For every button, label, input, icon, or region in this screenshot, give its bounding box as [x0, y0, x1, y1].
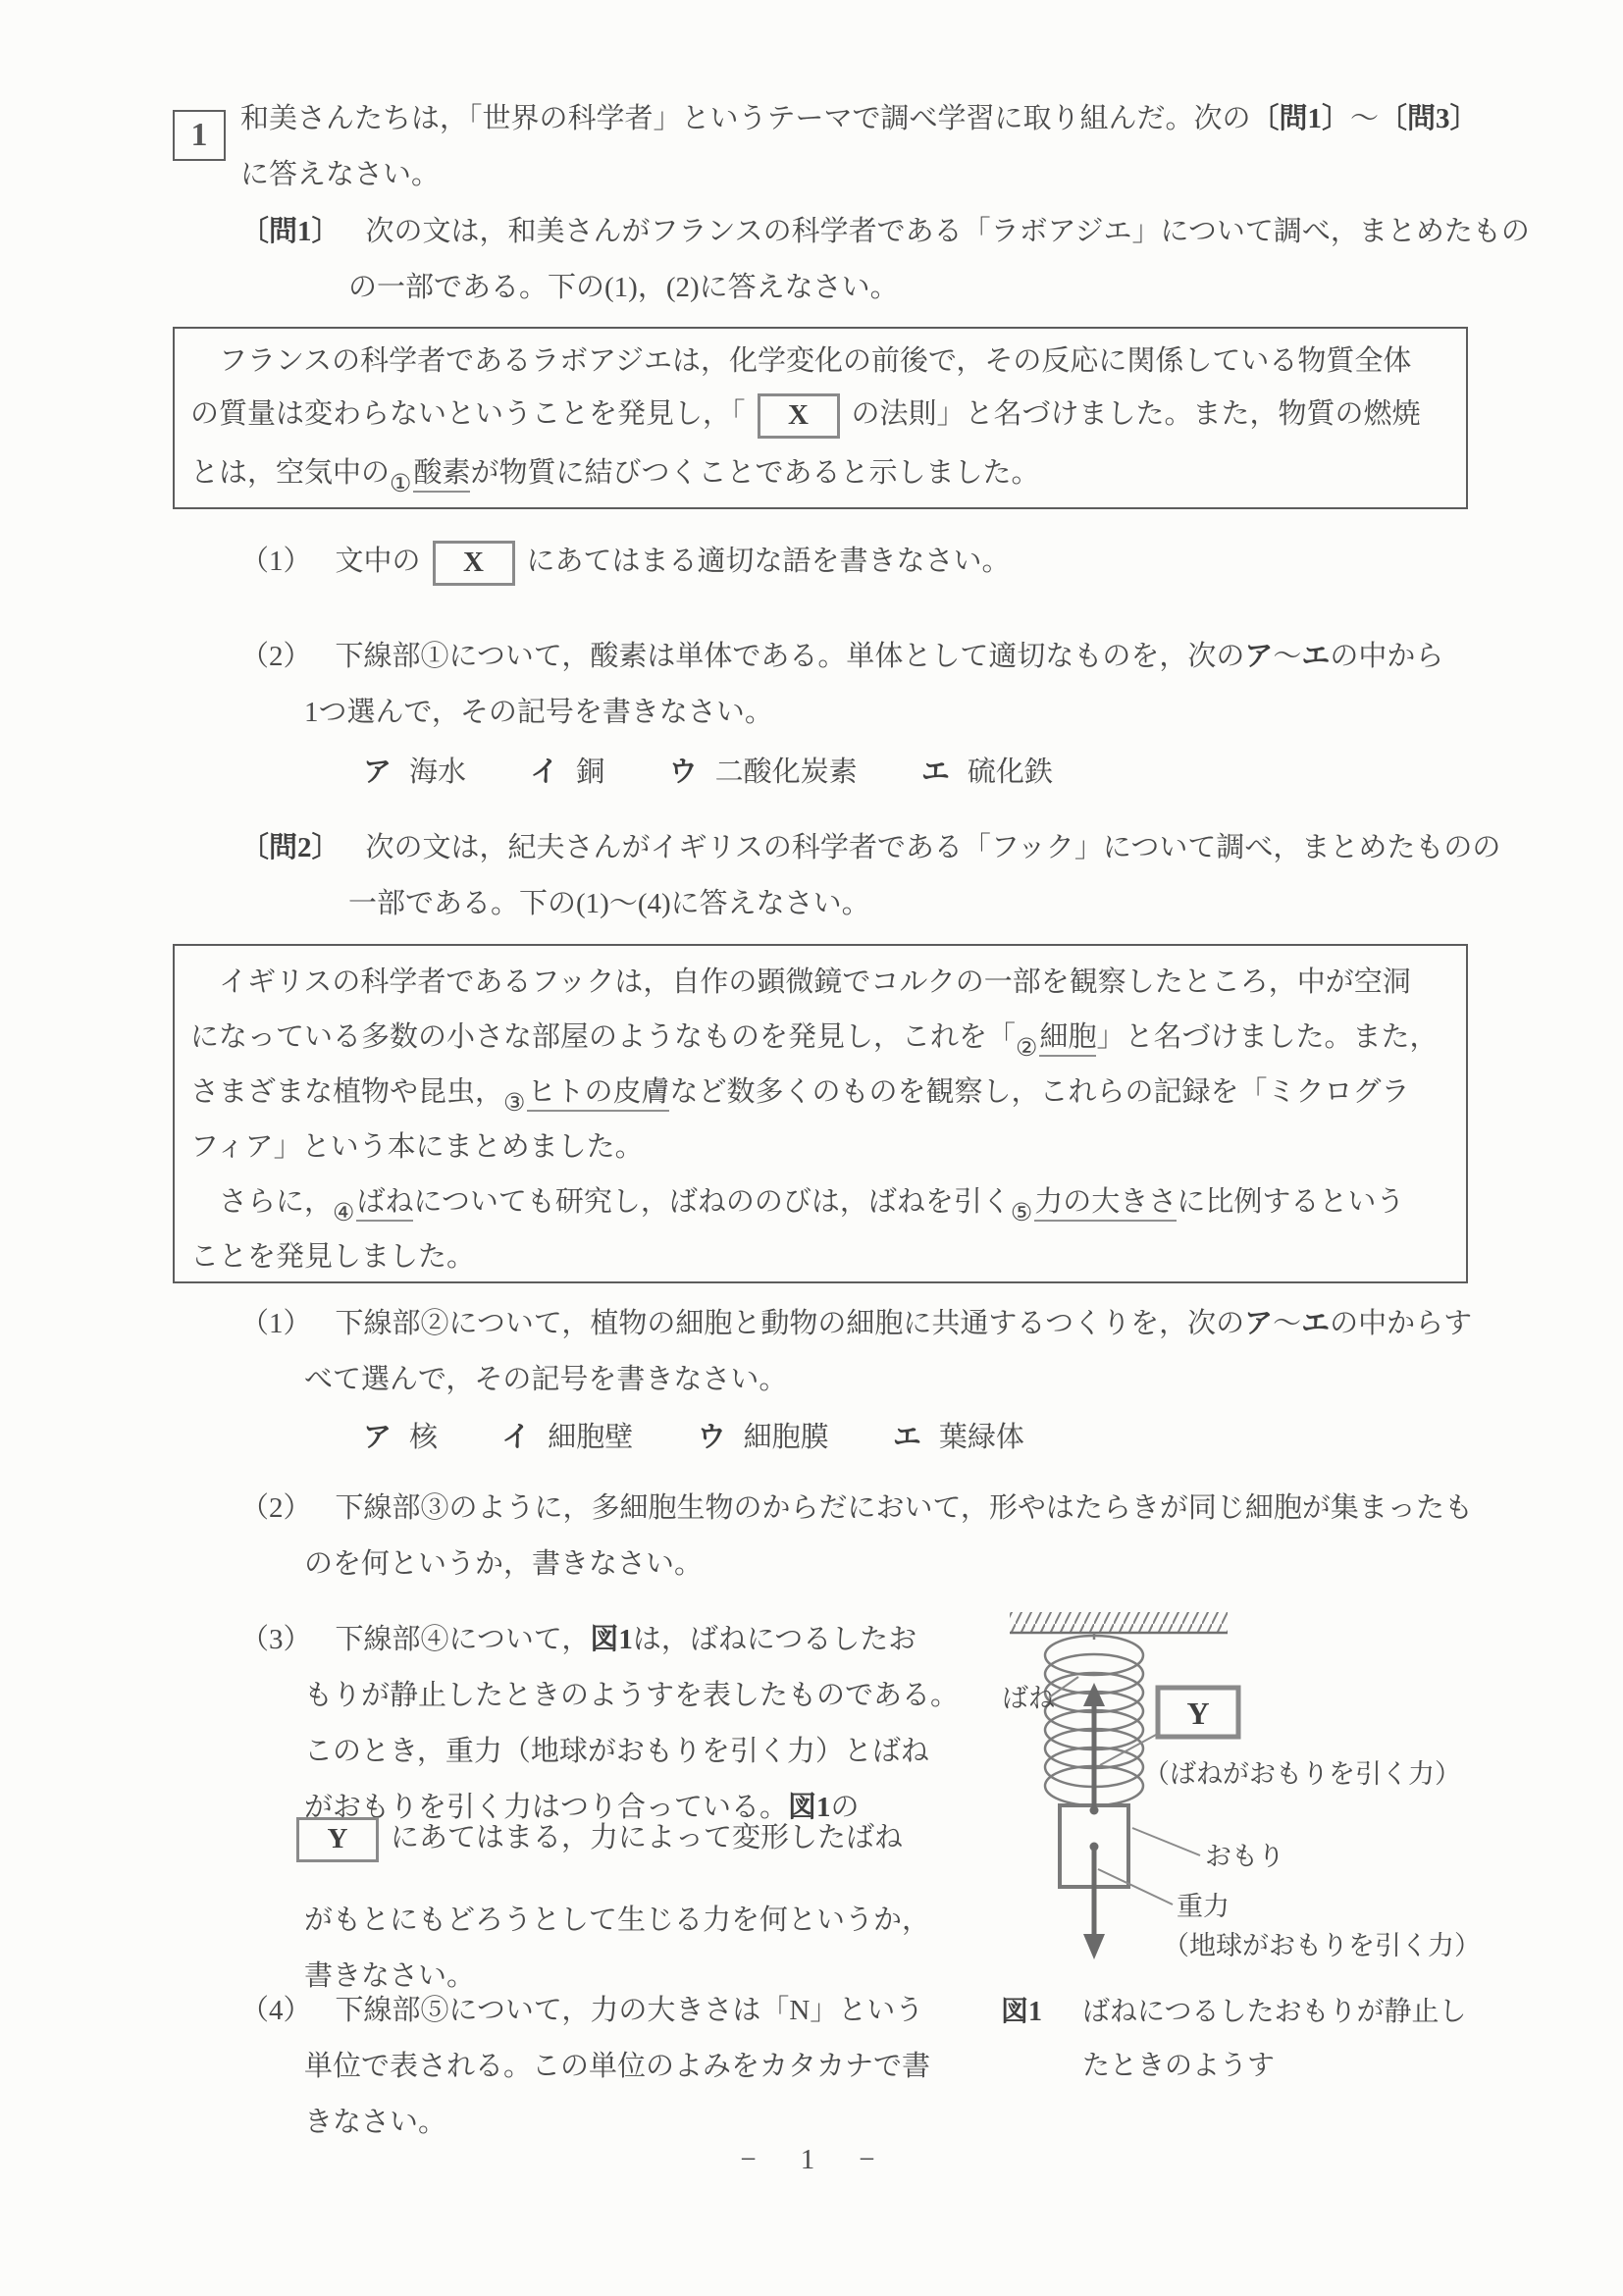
- mark-e: エ: [1301, 641, 1330, 672]
- option-i-text: 銅: [576, 757, 604, 788]
- option-a-text: 海水: [409, 757, 466, 788]
- option-u: ウ二酸化炭素: [669, 757, 858, 788]
- q2-sub4-number: （4）: [240, 1995, 312, 2026]
- y-box-label: Y: [1186, 1696, 1209, 1731]
- q1-box-text-3b: が物質に結びつくことであると示しました。: [470, 457, 1039, 489]
- intro-line-1: 和美さんたちは，「世界の科学者」というテーマで調べ学習に取り組んだ。次の〔問1〕…: [240, 98, 1479, 139]
- figure-caption-line-1: ばねにつるしたおもりが静止し: [1082, 1990, 1466, 2029]
- option-i-mark: イ: [530, 757, 558, 788]
- exam-page: 1 和美さんたちは，「世界の科学者」というテーマで調べ学習に取り組んだ。次の〔問…: [0, 0, 1623, 2296]
- q2-sub3-text-2: もりが静止したときのようすを表したものである。: [304, 1680, 959, 1711]
- mark-a: ア: [1244, 1308, 1273, 1339]
- q2-box-line-4: フィア」という本にまとめました。: [190, 1126, 644, 1168]
- ceiling-hatch: [1010, 1612, 1228, 1632]
- tilde: ～: [1273, 1308, 1301, 1339]
- q1-sub2-options: ア海水 イ銅 ウ二酸化炭素 エ硫化鉄: [363, 752, 1110, 793]
- q1-sub2-text-1b: の中から: [1330, 641, 1443, 672]
- circled-3: ③: [503, 1090, 525, 1117]
- q2-box-text-5c: に比例するという: [1177, 1186, 1404, 1218]
- option-i-text: 細胞壁: [548, 1422, 633, 1453]
- q2-quote-box: イギリスの科学者であるフックは，自作の顕微鏡でコルクの一部を観察したところ，中が…: [173, 944, 1468, 1283]
- q2-sub3-text-1a: 下線部④について，: [336, 1624, 591, 1655]
- q1-box-text-2a: の質量は変わらないということを発見し，「: [190, 398, 746, 430]
- option-a-text: 核: [409, 1422, 438, 1453]
- intro-text: 和美さんたちは，「世界の科学者」というテーマで調べ学習に取り組んだ。次の: [240, 103, 1251, 134]
- q2-sub4-line-2: 単位で表される。この単位のよみをカタカナで書: [304, 2046, 930, 2087]
- figure-number: 図1: [1001, 1997, 1042, 2027]
- q2-box-line-2: になっている多数の小さな部屋のようなものを発見し，これを「②細胞」と名づけました…: [190, 1017, 1438, 1070]
- blank-x-box: X: [433, 541, 515, 586]
- q2-box-text-4: フィア」という本にまとめました。: [190, 1131, 644, 1163]
- q2-sub1-text-2: べて選んで，その記号を書きなさい。: [304, 1364, 787, 1395]
- q2-heading-line-2: 一部である。下の(1)～(4)に答えなさい。: [348, 883, 870, 924]
- q1-box-text-1: フランスの科学者であるラボアジエは，化学変化の前後で，その反応に関係している物質…: [190, 345, 1411, 377]
- figure-1-spring-diagram: ばね Y （ばねがおもりを引く力） おもり 重力 （地球がおもりを引く力）: [996, 1604, 1506, 1987]
- option-u-text: 二酸化炭素: [715, 757, 858, 788]
- q1-sub2-text-1a: 下線部①について，酸素は単体である。単体として適切なものを，次の: [336, 641, 1245, 672]
- q1-sub1-text-a: 文中の: [336, 546, 421, 577]
- circled-1: ①: [390, 471, 411, 497]
- underlined-spring: ばね: [356, 1186, 413, 1222]
- q2-sub3-text-1b: は，ばねにつるしたお: [633, 1624, 916, 1655]
- page-number: − 1 −: [0, 2137, 1623, 2177]
- q1-box-line-3: とは，空気中の①酸素が物質に結びつくことであると示しました。: [190, 452, 1039, 505]
- figure-caption-label: 図1: [1001, 1990, 1042, 2029]
- q2-box-line-1: イギリスの科学者であるフックは，自作の顕微鏡でコルクの一部を観察したところ，中が…: [190, 962, 1411, 1003]
- q2-box-text-6: ことを発見しました。: [190, 1241, 475, 1273]
- q2-heading-line-1: 〔問2〕次の文は，紀夫さんがイギリスの科学者である「フック」について調べ，まとめ…: [240, 827, 1500, 868]
- weight-leader-line: [1132, 1828, 1200, 1855]
- q1-box-line-2: の質量は変わらないということを発見し，「Xの法則」と名づけました。また，物質の燃…: [190, 393, 1421, 439]
- ref-q3: 〔問3〕: [1379, 103, 1479, 134]
- q2-box-text-1: イギリスの科学者であるフックは，自作の顕微鏡でコルクの一部を観察したところ，中が…: [190, 966, 1411, 998]
- q1-quote-box: フランスの科学者であるラボアジエは，化学変化の前後で，その反応に関係している物質…: [173, 327, 1468, 509]
- q2-label: 〔問2〕: [240, 832, 340, 863]
- q1-sub1-number: （1）: [240, 546, 312, 577]
- q2-box-text-3a: さまざまな植物や昆虫，: [190, 1076, 503, 1108]
- q2-sub2-line-1: （2）下線部③のように，多細胞生物のからだにおいて，形やはたらきが同じ細胞が集ま…: [240, 1487, 1473, 1529]
- option-u-text: 細胞膜: [744, 1422, 829, 1453]
- q1-heading-text: 次の文は，和美さんがフランスの科学者である「ラボアジエ」について調べ，まとめたも…: [366, 216, 1530, 247]
- figure-caption-line-2: たときのようす: [1082, 2044, 1275, 2083]
- q2-sub3-text-7: 書きなさい。: [304, 1960, 475, 1992]
- option-i-mark: イ: [501, 1422, 530, 1453]
- q1-sub2-number: （2）: [240, 641, 312, 672]
- q1-sub2-line-2: 1つ選んで，その記号を書きなさい。: [304, 692, 773, 733]
- tilde: ～: [1350, 103, 1379, 134]
- q2-sub3-line-5: Yにあてはまる，力によって変形したばね: [296, 1817, 903, 1862]
- tilde: ～: [1273, 641, 1301, 672]
- q2-sub2-text-1: 下線部③のように，多細胞生物のからだにおいて，形やはたらきが同じ細胞が集まったも: [336, 1492, 1473, 1524]
- q1-sub2-text-2: 1つ選んで，その記号を書きなさい。: [304, 697, 773, 728]
- spring-label: ばね: [1002, 1684, 1055, 1713]
- q2-sub2-line-2: のを何というか，書きなさい。: [304, 1543, 703, 1585]
- q2-sub2-number: （2）: [240, 1492, 312, 1524]
- blank-y-box: Y: [296, 1817, 379, 1862]
- option-a-mark: ア: [363, 757, 392, 788]
- q1-heading-text-2: の一部である。下の(1)，(2)に答えなさい。: [348, 272, 899, 303]
- option-e-mark: エ: [921, 757, 950, 788]
- q2-box-text-3b: など数多くのものを観察し，これらの記録を「ミクログラ: [669, 1076, 1409, 1108]
- option-e-mark: エ: [893, 1422, 921, 1453]
- q2-sub3-text-3: このとき，重力（地球がおもりを引く力）とばね: [304, 1736, 929, 1767]
- mark-a: ア: [1244, 641, 1273, 672]
- question-number-badge: 1: [173, 110, 226, 161]
- ref-q1: 〔問1〕: [1251, 103, 1351, 134]
- spring-force-description: （ばねがおもりを引く力）: [1143, 1759, 1461, 1789]
- q1-heading-line-1: 〔問1〕次の文は，和美さんがフランスの科学者である「ラボアジエ」について調べ，ま…: [240, 211, 1530, 252]
- underlined-force: 力の大きさ: [1034, 1186, 1177, 1222]
- q2-sub1-options: ア核 イ細胞壁 ウ細胞膜 エ葉緑体: [363, 1417, 1081, 1458]
- q2-box-line-5: さらに，④ばねについても研究し，ばねののびは，ばねを引く⑤力の大きさに比例すると…: [190, 1181, 1404, 1234]
- q2-sub3-number: （3）: [240, 1624, 312, 1655]
- q2-heading-text: 次の文は，紀夫さんがイギリスの科学者である「フック」について調べ，まとめたものの: [366, 832, 1501, 863]
- q2-box-text-2a: になっている多数の小さな部屋のようなものを発見し，これを「: [190, 1021, 1016, 1053]
- option-a: ア核: [363, 1422, 438, 1453]
- figure-caption-text-1: ばねにつるしたおもりが静止し: [1082, 1997, 1466, 2027]
- page-number-text: − 1 −: [740, 2144, 882, 2175]
- q2-sub3-line-1: （3）下線部④について，図1は，ばねにつるしたお: [240, 1619, 916, 1660]
- q2-sub3-text-5: にあてはまる，力によって変形したばね: [391, 1822, 903, 1853]
- mark-e: エ: [1301, 1308, 1330, 1339]
- circled-2: ②: [1016, 1035, 1037, 1062]
- q1-sub1-line: （1）文中のXにあてはまる適切な語を書きなさい。: [240, 541, 1011, 586]
- q2-sub4-line-1: （4）下線部⑤について，力の大きさは「N」という: [240, 1990, 923, 2031]
- underlined-skin: ヒトの皮膚: [527, 1076, 669, 1112]
- question-number: 1: [191, 117, 208, 154]
- q1-sub2-line-1: （2）下線部①について，酸素は単体である。単体として適切なものを，次のア～エの中…: [240, 636, 1443, 677]
- q2-sub1-number: （1）: [240, 1308, 312, 1339]
- q2-box-text-2b: 」と名づけました。また，: [1096, 1021, 1438, 1053]
- option-u: ウ細胞膜: [698, 1422, 829, 1453]
- q2-box-line-3: さまざまな植物や昆虫，③ヒトの皮膚など数多くのものを観察し，これらの記録を「ミク…: [190, 1071, 1409, 1124]
- q2-sub1-text-1b: の中からす: [1330, 1308, 1472, 1339]
- q2-box-text-5a: さらに，: [190, 1186, 333, 1218]
- option-u-mark: ウ: [698, 1422, 726, 1453]
- option-e: エ硫化鉄: [921, 757, 1053, 788]
- q1-box-text-3a: とは，空気中の: [190, 457, 390, 489]
- underlined-cell: 細胞: [1039, 1021, 1096, 1057]
- intro-line-2: に答えなさい。: [240, 154, 440, 195]
- q1-sub1-text-b: にあてはまる適切な語を書きなさい。: [527, 546, 1011, 577]
- up-force-arrow: [1083, 1683, 1105, 1808]
- option-e: エ葉緑体: [893, 1422, 1024, 1453]
- option-a: ア海水: [363, 757, 466, 788]
- option-u-mark: ウ: [669, 757, 698, 788]
- q1-box-text-2b: の法則」と名づけました。また，物質の燃焼: [852, 398, 1421, 430]
- intro-text-2: に答えなさい。: [240, 159, 440, 190]
- option-a-mark: ア: [363, 1422, 392, 1453]
- option-e-text: 葉緑体: [939, 1422, 1024, 1453]
- q1-label: 〔問1〕: [240, 216, 340, 247]
- circled-4: ④: [333, 1200, 354, 1226]
- q2-sub2-text-2: のを何というか，書きなさい。: [304, 1548, 703, 1580]
- q2-sub4-text-1: 下線部⑤について，力の大きさは「N」という: [336, 1995, 924, 2026]
- option-i: イ細胞壁: [501, 1422, 633, 1453]
- q2-box-line-6: ことを発見しました。: [190, 1236, 475, 1278]
- option-e-text: 硫化鉄: [968, 757, 1053, 788]
- q2-sub3-line-6: がもとにもどろうとして生じる力を何というか，: [304, 1900, 930, 1941]
- underlined-oxygen: 酸素: [413, 457, 470, 493]
- q2-sub1-line-2: べて選んで，その記号を書きなさい。: [304, 1359, 787, 1400]
- q2-heading-text-2: 一部である。下の(1)～(4)に答えなさい。: [348, 888, 870, 919]
- weight-label: おもり: [1205, 1842, 1284, 1871]
- q2-box-text-5b: についても研究し，ばねののびは，ばねを引く: [413, 1186, 1010, 1218]
- fig1-reference: 図1: [590, 1624, 633, 1655]
- q2-sub4-text-2: 単位で表される。この単位のよみをカタカナで書: [304, 2051, 930, 2082]
- q2-sub1-line-1: （1）下線部②について，植物の細胞と動物の細胞に共通するつくりを，次のア～エの中…: [240, 1303, 1472, 1344]
- circled-5: ⑤: [1011, 1200, 1032, 1226]
- figure-caption-text-2: たときのようす: [1082, 2051, 1275, 2081]
- option-i: イ銅: [530, 757, 604, 788]
- q2-sub4-text-3: きなさい。: [304, 2107, 446, 2138]
- gravity-description: （地球がおもりを引く力）: [1163, 1931, 1481, 1960]
- q2-sub3-line-2: もりが静止したときのようすを表したものである。: [304, 1675, 959, 1716]
- q2-sub1-text-1a: 下線部②について，植物の細胞と動物の細胞に共通するつくりを，次の: [336, 1308, 1245, 1339]
- q2-sub3-line-3: このとき，重力（地球がおもりを引く力）とばね: [304, 1731, 929, 1772]
- blank-x-box: X: [758, 393, 840, 439]
- q2-sub3-text-6: がもとにもどろうとして生じる力を何というか，: [304, 1905, 930, 1936]
- q1-box-line-1: フランスの科学者であるラボアジエは，化学変化の前後で，その反応に関係している物質…: [190, 340, 1411, 382]
- q1-heading-line-2: の一部である。下の(1)，(2)に答えなさい。: [348, 267, 899, 308]
- gravity-label: 重力: [1177, 1892, 1230, 1921]
